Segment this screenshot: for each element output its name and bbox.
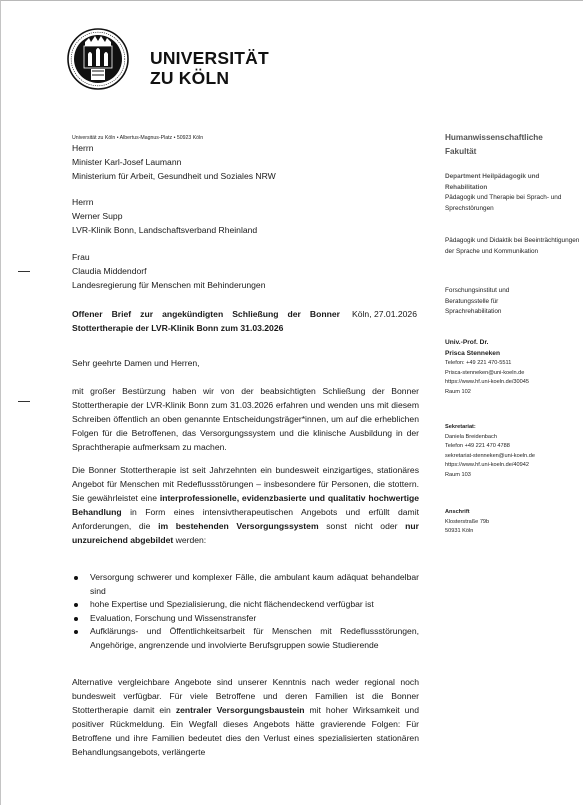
- fold-mark: [18, 271, 30, 272]
- sidebar-secretariat: Sekretariat: Daniela Breidenbach Telefon…: [445, 423, 580, 480]
- secretariat-email[interactable]: sekretariat-stenneken@uni-koeln.de: [445, 452, 580, 462]
- bold-run: zentraler Versorgungsbaustein: [176, 705, 305, 715]
- prof-room: Raum 102: [445, 388, 580, 398]
- prof-phone: Telefon: +49 221 470-5511: [445, 359, 580, 369]
- list-item-text: Evaluation, Forschung und Wissenstransfe…: [90, 613, 256, 623]
- text-run: werden:: [173, 535, 206, 545]
- bullet-icon: [74, 603, 78, 607]
- paragraph-2: Die Bonner Stottertherapie ist seit Jahr…: [72, 463, 419, 548]
- university-wordmark: UNIVERSITÄT ZU KÖLN: [150, 48, 269, 88]
- secretariat-name: Daniela Breidenbach: [445, 433, 580, 443]
- list-item: Aufklärungs- und Öffentlichkeitsarbeit f…: [72, 625, 419, 652]
- bullet-icon: [74, 617, 78, 621]
- paragraph-1: mit großer Bestürzung haben wir von der …: [72, 384, 419, 454]
- secretariat-url[interactable]: https://www.hf.uni-koeln.de/40942: [445, 461, 580, 471]
- list-item-text: Aufklärungs- und Öffentlichkeitsarbeit f…: [90, 626, 419, 650]
- recipient-block-2: Herrn Werner Supp LVR-Klinik Bonn, Lands…: [72, 195, 257, 237]
- address-label: Anschrift: [445, 508, 580, 518]
- text-run: sonst nicht oder: [319, 521, 406, 531]
- prof-email[interactable]: Prisca-stenneken@uni-koeln.de: [445, 369, 580, 379]
- recipient-org: Ministerium für Arbeit, Gesundheit und S…: [72, 169, 276, 183]
- sidebar-faculty: Humanwissenschaftliche Fakultät: [445, 131, 575, 159]
- recipient-name: Claudia Middendorf: [72, 264, 266, 278]
- list-item-text: hohe Expertise und Spezialisierung, die …: [90, 599, 374, 609]
- list-item-text: Versorgung schwerer und komplexer Fälle,…: [90, 572, 419, 596]
- address-city: 50931 Köln: [445, 527, 580, 537]
- prof-name: Prisca Stenneken: [445, 349, 580, 360]
- recipient-org: LVR-Klinik Bonn, Landschaftsverband Rhei…: [72, 223, 257, 237]
- bullet-icon: [74, 630, 78, 634]
- recipient-salutation: Herrn: [72, 141, 276, 155]
- sidebar-unit-3: Forschungsinstitut und Beratungsstelle f…: [445, 286, 555, 318]
- requirements-list: Versorgung schwerer und komplexer Fälle,…: [72, 571, 419, 652]
- faculty-name: Humanwissenschaftliche Fakultät: [445, 131, 575, 159]
- recipient-name: Minister Karl-Josef Laumann: [72, 155, 276, 169]
- bold-run: im bestehenden Versorgungssystem: [158, 521, 319, 531]
- list-item: Evaluation, Forschung und Wissenstransfe…: [72, 612, 419, 626]
- recipient-org: Landesregierung für Menschen mit Behinde…: [72, 278, 266, 292]
- university-seal-icon: [67, 28, 129, 90]
- secretariat-label: Sekretariat:: [445, 423, 580, 433]
- recipient-block-3: Frau Claudia Middendorf Landesregierung …: [72, 250, 266, 292]
- letter-date: Köln, 27.01.2026: [352, 307, 417, 321]
- secretariat-phone: Telefon +49 221 470 4788: [445, 442, 580, 452]
- unit-1: Pädagogik und Therapie bei Sprach- und S…: [445, 193, 580, 214]
- letter-salutation: Sehr geehrte Damen und Herren,: [72, 358, 200, 368]
- recipient-salutation: Frau: [72, 250, 266, 264]
- punch-mark: [18, 401, 30, 402]
- sidebar-professor: Univ.-Prof. Dr. Prisca Stenneken Telefon…: [445, 338, 580, 397]
- sidebar-department: Department Heilpädagogik und Rehabilitat…: [445, 172, 580, 214]
- wordmark-line1: UNIVERSITÄT: [150, 48, 269, 68]
- address-street: Klosterstraße 79b: [445, 518, 580, 528]
- secretariat-room: Raum 103: [445, 471, 580, 481]
- bullet-icon: [74, 576, 78, 580]
- department-name: Department Heilpädagogik und Rehabilitat…: [445, 172, 580, 193]
- sidebar-unit-2: Pädagogik und Didaktik bei Beeinträchtig…: [445, 236, 580, 257]
- prof-url[interactable]: https://www.hf.uni-koeln.de/30045: [445, 378, 580, 388]
- paragraph-3: Alternative vergleichbare Angebote sind …: [72, 675, 419, 760]
- recipient-name: Werner Supp: [72, 209, 257, 223]
- unit-3: Forschungsinstitut und Beratungsstelle f…: [445, 286, 555, 318]
- wordmark-line2: ZU KÖLN: [150, 68, 269, 88]
- recipient-salutation: Herrn: [72, 195, 257, 209]
- prof-title: Univ.-Prof. Dr.: [445, 338, 580, 349]
- sidebar-address: Anschrift Klosterstraße 79b 50931 Köln: [445, 508, 580, 537]
- recipient-block-1: Herrn Minister Karl-Josef Laumann Minist…: [72, 141, 276, 183]
- letter-subject: Offener Brief zur angekündigten Schließu…: [72, 307, 340, 335]
- unit-2: Pädagogik und Didaktik bei Beeinträchtig…: [445, 236, 580, 257]
- list-item: Versorgung schwerer und komplexer Fälle,…: [72, 571, 419, 598]
- list-item: hohe Expertise und Spezialisierung, die …: [72, 598, 419, 612]
